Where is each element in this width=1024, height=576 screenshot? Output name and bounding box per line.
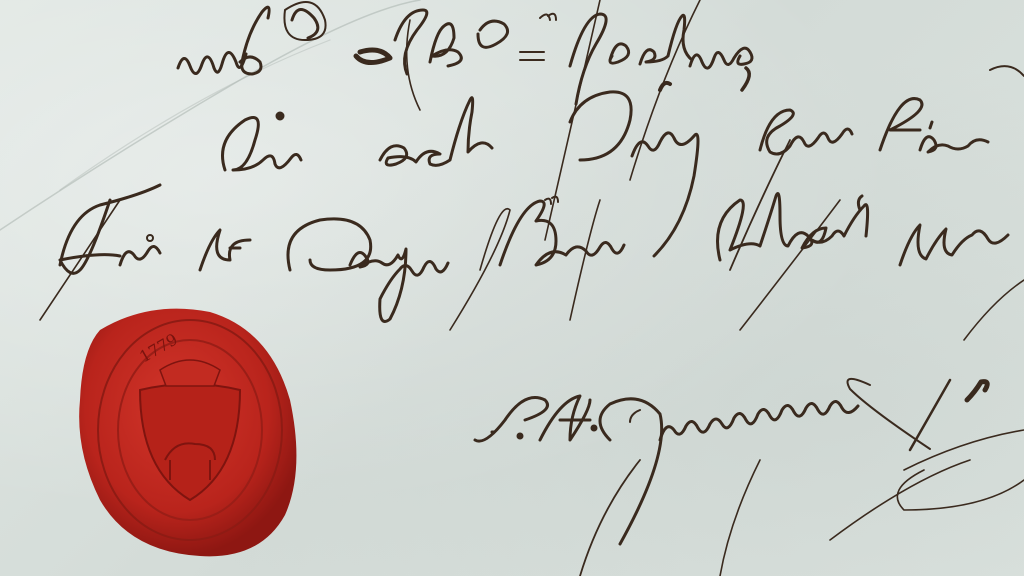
manuscript-page: und 2 Rd:r Specie, År och Dag som förr F… [0,0,1024,576]
wax-seal: 1779 [0,0,1024,576]
